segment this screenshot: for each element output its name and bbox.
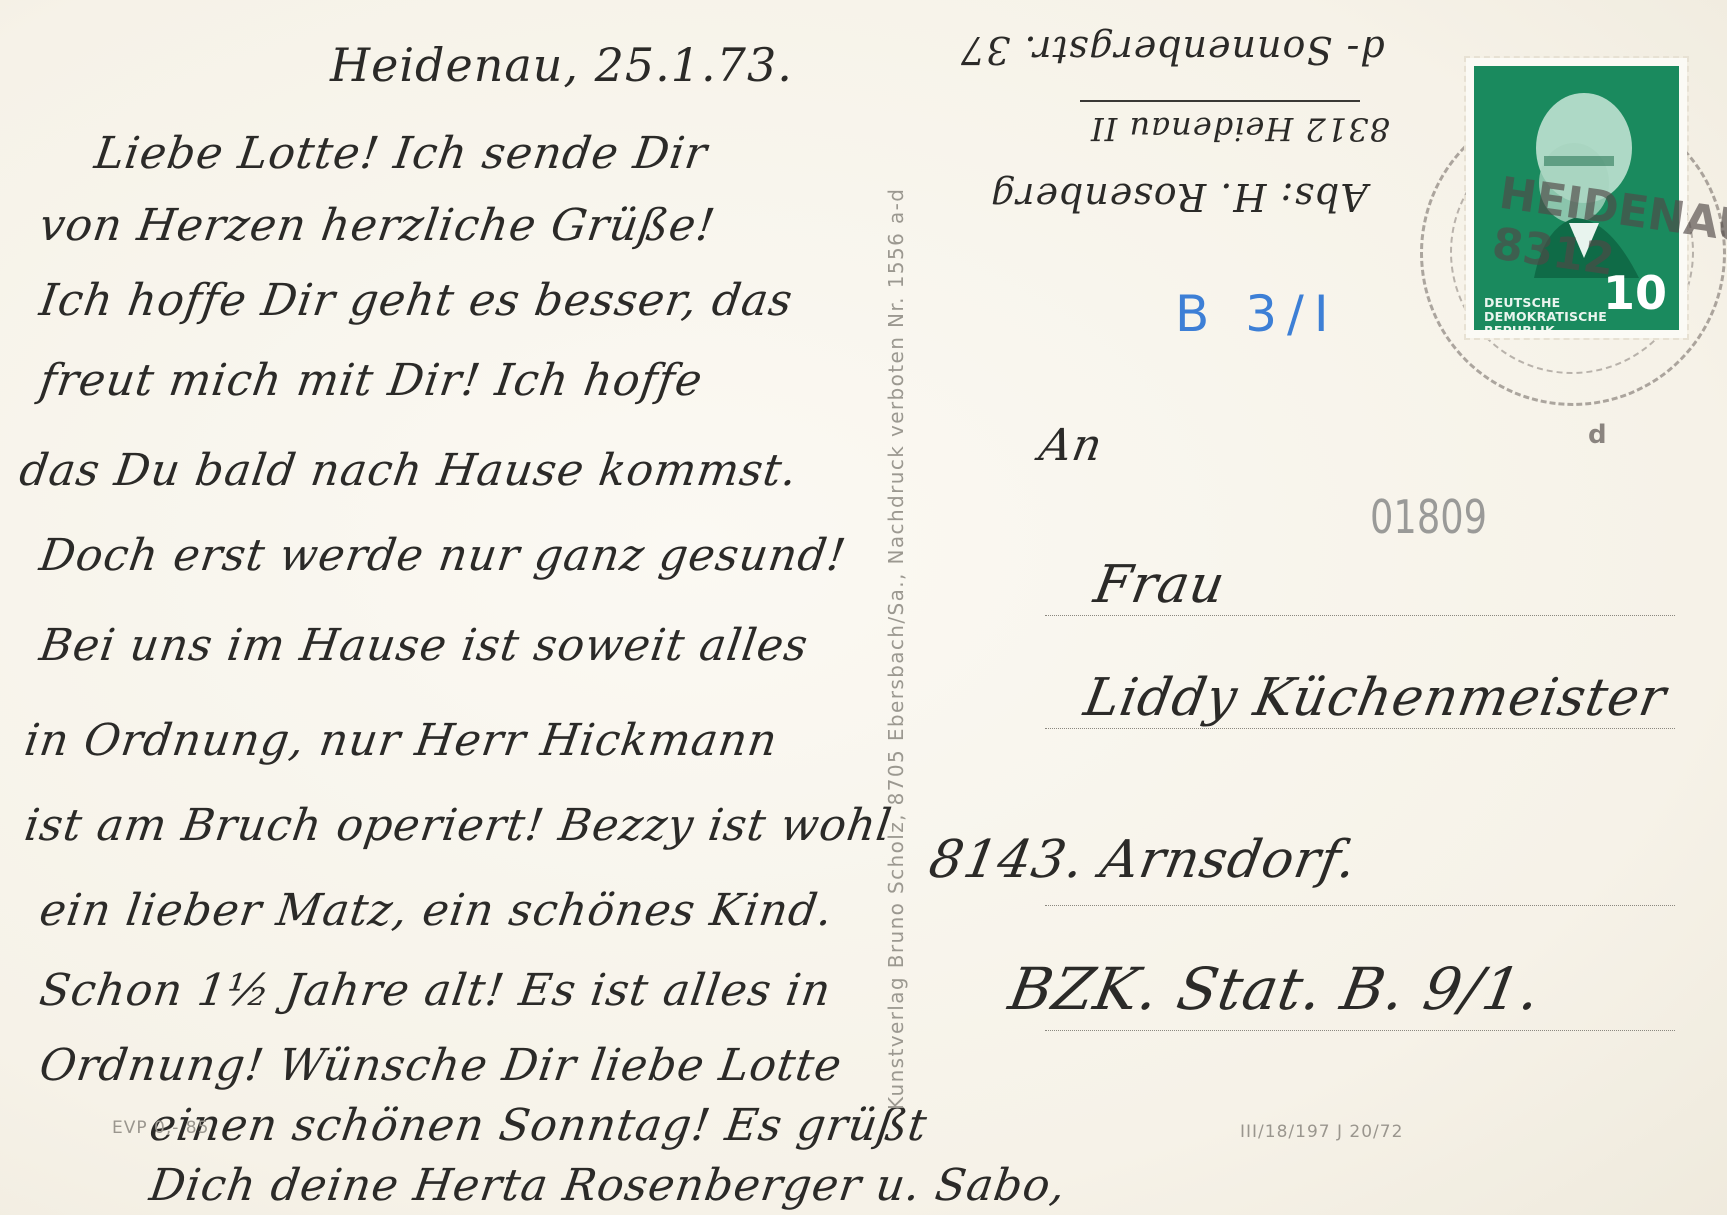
- sender-name: Abs: H. Rosenberg: [990, 175, 1368, 219]
- address-rule-1: [1045, 615, 1675, 616]
- address-rule-4: [1045, 1030, 1675, 1031]
- price-code: EVP 0,- 85: [112, 1118, 209, 1138]
- message-line: Schon 1½ Jahre alt! Es ist alles in: [36, 965, 834, 1016]
- message-line: ein lieber Matz, ein schönes Kind.: [36, 885, 836, 936]
- postcard-back: Heidenau, 25.1.73. Liebe Lotte! Ich send…: [0, 0, 1727, 1215]
- address-title: Frau: [1090, 555, 1230, 615]
- print-license-code: III/18/197 J 20/72: [1240, 1122, 1403, 1142]
- address-rule-2: [1045, 728, 1675, 729]
- address-rule-3: [1045, 905, 1675, 906]
- pencil-annotation: 01809: [1370, 490, 1487, 544]
- message-line: in Ordnung, nur Herr Hickmann: [21, 715, 781, 766]
- address-name: Liddy Küchenmeister: [1080, 668, 1671, 728]
- message-line: Doch erst werde nur ganz gesund!: [36, 530, 849, 581]
- message-line: Bei uns im Hause ist soweit alles: [36, 620, 811, 671]
- address-institution: BZK. Stat. B. 9/1.: [1004, 955, 1546, 1023]
- message-line: Ordnung! Wünsche Dir liebe Lotte: [36, 1040, 845, 1091]
- blue-ink-annotation: B 3/I: [1175, 285, 1339, 343]
- address-city: 8143. Arnsdorf.: [925, 830, 1362, 890]
- message-line: freut mich mit Dir! Ich hoffe: [36, 355, 706, 406]
- sender-street: d- Sonnenbergstr. 37: [960, 28, 1385, 72]
- message-line: einen schönen Sonntag! Es grüßt: [146, 1100, 930, 1151]
- sender-underline: [1080, 100, 1360, 102]
- message-line: von Herzen herzliche Grüße!: [36, 200, 718, 251]
- message-line: Dich deine Herta Rosenberger u. Sabo,: [146, 1160, 1069, 1211]
- message-line: Ich hoffe Dir geht es besser, das: [36, 275, 796, 326]
- message-line: Liebe Lotte! Ich sende Dir: [91, 128, 710, 179]
- address-prefix: An: [1036, 420, 1107, 471]
- postmark-letter: d: [1588, 420, 1607, 450]
- message-line: das Du bald nach Hause kommst.: [16, 445, 800, 496]
- message-line: ist am Bruch operiert! Bezzy ist wohl: [21, 800, 895, 851]
- sender-city: 8312 Heidenau II: [1090, 110, 1390, 148]
- publisher-imprint: Kunstverlag Bruno Scholz, 8705 Ebersbach…: [884, 188, 908, 1110]
- message-dateline: Heidenau, 25.1.73.: [330, 38, 793, 92]
